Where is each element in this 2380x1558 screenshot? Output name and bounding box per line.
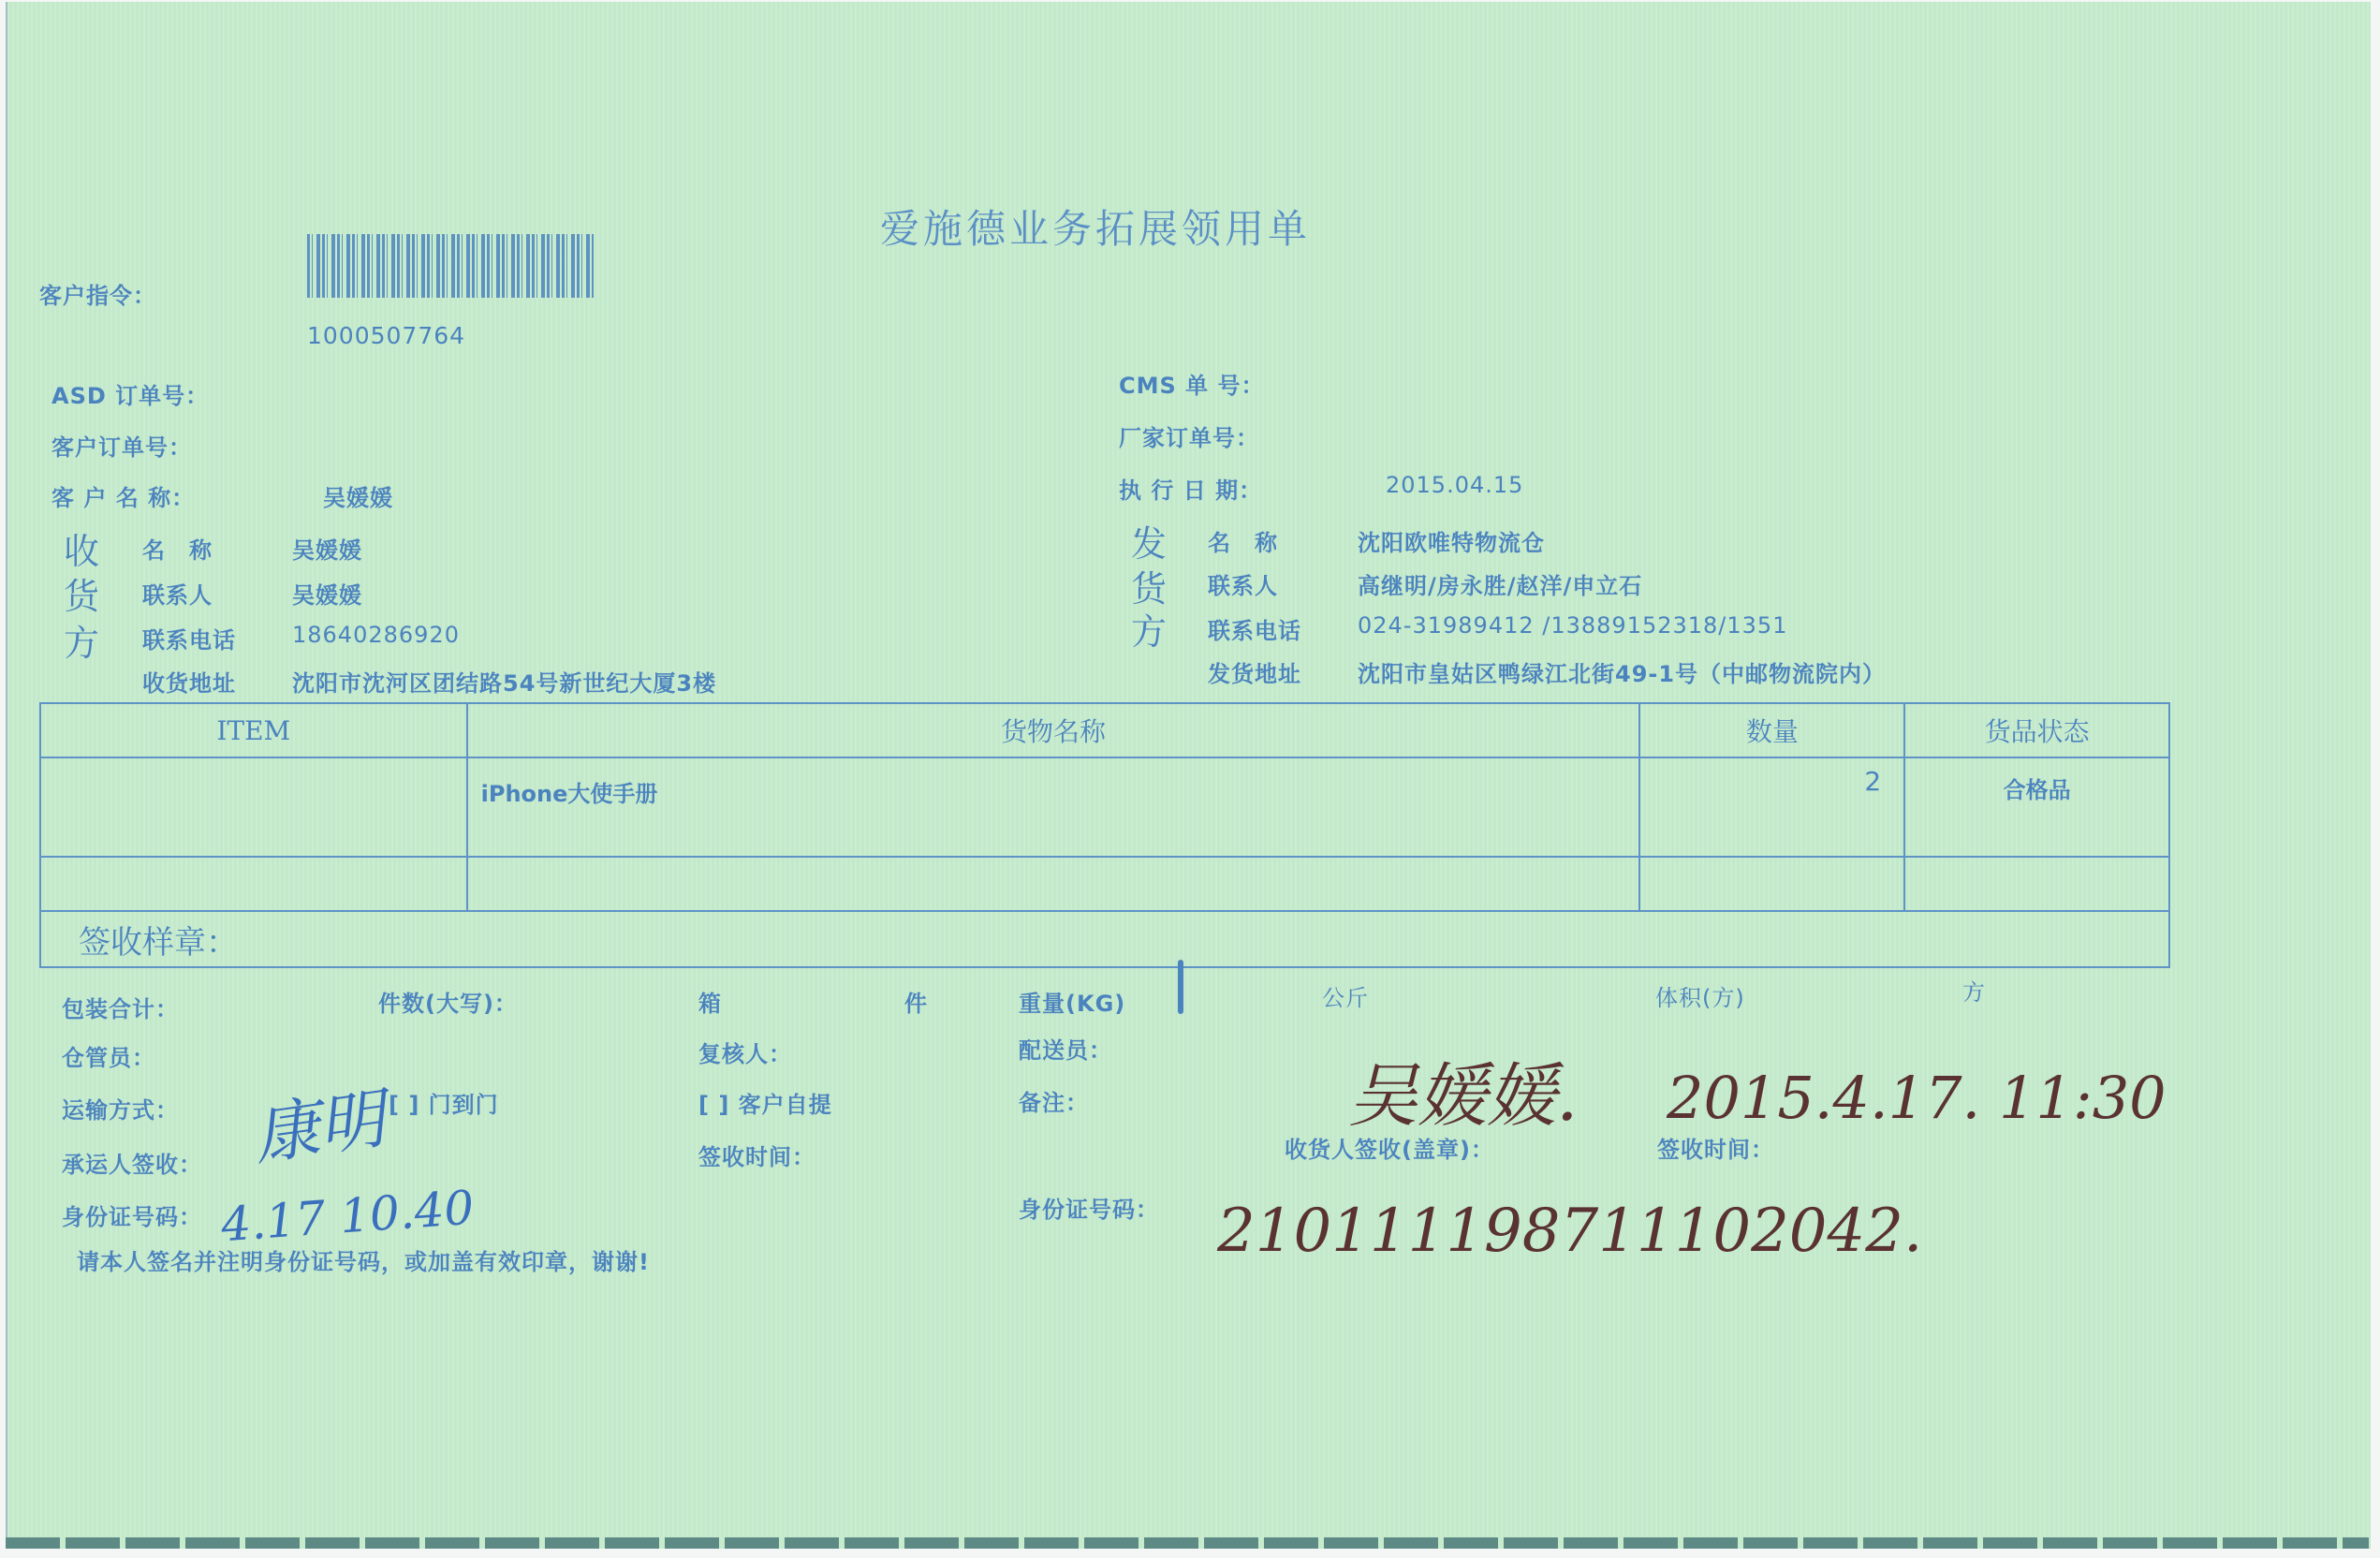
sign-sample-label: 签收样章：: [41, 924, 238, 962]
receiver-name-label: 名 称: [142, 532, 213, 565]
sign-sample-row: 签收样章：: [40, 911, 2169, 967]
sender-address-label: 发货地址: [1208, 655, 1301, 688]
cell-item: [40, 757, 467, 857]
notice-text: 请本人签名并注明身份证号码，或加盖有效印章，谢谢!: [77, 1243, 650, 1276]
barcode-number: 1000507764: [307, 322, 465, 349]
door-to-door-option[interactable]: [ ] 门到门: [389, 1086, 499, 1119]
factory-order-label: 厂家订单号：: [1119, 419, 1259, 452]
piece-unit-label: 件: [904, 985, 928, 1018]
table-header-row: ITEM 货物名称 数量 货品状态: [40, 703, 2169, 757]
receiver-side-char-1: 收: [64, 522, 100, 574]
customer-instruction-label: 客户指令：: [39, 277, 156, 310]
receiver-side-char-3: 方: [64, 614, 100, 666]
box-unit-label: 箱: [698, 985, 722, 1018]
sender-address-value: 沈阳市皇姑区鸭绿江北街49-1号（中邮物流院内）: [1358, 655, 1886, 688]
receiver-address-label: 收货地址: [142, 665, 236, 698]
cell-quantity: [1639, 857, 1904, 911]
cell-goods-name: iPhone大使手册: [467, 757, 1640, 857]
form-title: 爱施德业务拓展领用单: [880, 198, 1311, 255]
sender-phone-value: 024-31989412 /13889152318/1351: [1358, 612, 1787, 639]
cell-quantity: 2: [1639, 757, 1904, 857]
header-item: ITEM: [40, 703, 467, 757]
receiver-name-value: 吴媛媛: [292, 532, 362, 565]
header-goods-status: 货品状态: [1904, 703, 2169, 757]
exec-date-value: 2015.04.15: [1386, 472, 1523, 498]
cell-goods-status: 合格品: [1904, 757, 2169, 857]
exec-date-label: 执 行 日 期：: [1119, 472, 1262, 505]
kg-unit-label: 公斤: [1322, 979, 1369, 1012]
weight-label: 重量(KG): [1019, 985, 1125, 1018]
sign-time-label: 签收时间：: [698, 1139, 815, 1171]
volume-unit-label: 方: [1962, 974, 1986, 1007]
warehouse-keeper-label: 仓管员：: [62, 1039, 155, 1072]
dispatcher-label: 配送员：: [1019, 1032, 1112, 1065]
sign-sample-cell: 签收样章：: [40, 911, 2169, 967]
receiver-contact-label: 联系人: [142, 577, 213, 610]
barcode-icon: [307, 234, 594, 298]
sender-contact-value: 高继明/房永胜/赵洋/申立石: [1358, 567, 1642, 600]
receiver-phone-value: 18640286920: [292, 622, 460, 648]
cell-item: [40, 857, 467, 911]
carrier-sign-label: 承运人签收：: [62, 1146, 202, 1179]
table-row: iPhone大使手册 2 合格品: [40, 757, 2169, 857]
goods-table: ITEM 货物名称 数量 货品状态 iPhone大使手册 2 合格品 签收样章：: [39, 702, 2170, 968]
carrier-signature: 康明: [247, 1066, 390, 1179]
sender-side-char-1: 发: [1131, 515, 1168, 566]
cell-goods-name: [467, 857, 1640, 911]
customer-name-value: 吴媛媛: [323, 479, 393, 512]
checker-label: 复核人：: [698, 1036, 792, 1068]
sender-name-value: 沈阳欧唯特物流仓: [1358, 524, 1545, 557]
receiver-id-number: 210111198711102042.: [1217, 1197, 1922, 1266]
id-number-label-right: 身份证号码：: [1019, 1191, 1159, 1224]
receiver-phone-label: 联系电话: [142, 622, 236, 654]
sender-phone-label: 联系电话: [1208, 612, 1301, 645]
id-number-label-left: 身份证号码：: [62, 1198, 202, 1231]
perforated-edge: [6, 1537, 2369, 1549]
receiver-contact-value: 吴媛媛: [292, 577, 362, 610]
cms-label: CMS 单 号：: [1119, 367, 1265, 400]
transport-label: 运输方式：: [62, 1092, 179, 1124]
customer-name-label: 客 户 名 称：: [51, 479, 195, 512]
pieces-label: 件数(大写)：: [378, 985, 518, 1018]
goods-status-text: 合格品: [1905, 758, 2168, 804]
pen-mark: [1178, 960, 1183, 1014]
header-goods-name: 货物名称: [467, 703, 1640, 757]
receiver-address-value: 沈阳市沈河区团结路54号新世纪大厦3楼: [292, 665, 716, 698]
receiver-sign-time-label: 签收时间：: [1657, 1131, 1774, 1164]
self-pickup-option[interactable]: [ ] 客户自提: [698, 1086, 832, 1119]
table-row: [40, 857, 2169, 911]
receiver-signature: 吴媛媛.: [1348, 1041, 1579, 1140]
receiver-side-char-2: 货: [64, 567, 100, 619]
volume-label: 体积(方): [1655, 979, 1745, 1012]
remark-label: 备注：: [1019, 1084, 1089, 1117]
sender-side-char-3: 方: [1131, 603, 1168, 654]
asd-order-label: ASD 订单号：: [51, 377, 209, 410]
quantity-text: 2: [1640, 758, 1903, 797]
goods-name-text: iPhone大使手册: [468, 758, 1639, 808]
package-total-label: 包装合计：: [62, 991, 179, 1023]
customer-order-label: 客户订单号：: [51, 429, 192, 462]
sender-name-label: 名 称: [1208, 524, 1278, 557]
header-quantity: 数量: [1639, 703, 1904, 757]
cell-goods-status: [1904, 857, 2169, 911]
sender-contact-label: 联系人: [1208, 567, 1278, 600]
receiver-sign-time: 2015.4.17. 11:30: [1667, 1064, 2167, 1132]
